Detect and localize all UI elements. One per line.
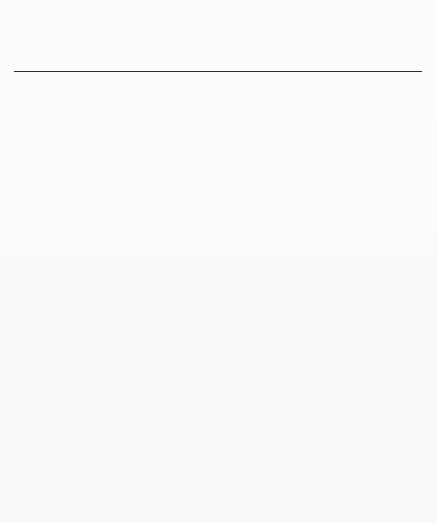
term-item: [36, 227, 53, 241]
term-item: [36, 202, 53, 216]
time-score-line: [16, 54, 30, 68]
term-item: [36, 152, 53, 166]
header-divider: [14, 71, 422, 72]
term-item: [36, 126, 53, 140]
term-item: [36, 177, 53, 191]
exam-page: [0, 0, 437, 523]
